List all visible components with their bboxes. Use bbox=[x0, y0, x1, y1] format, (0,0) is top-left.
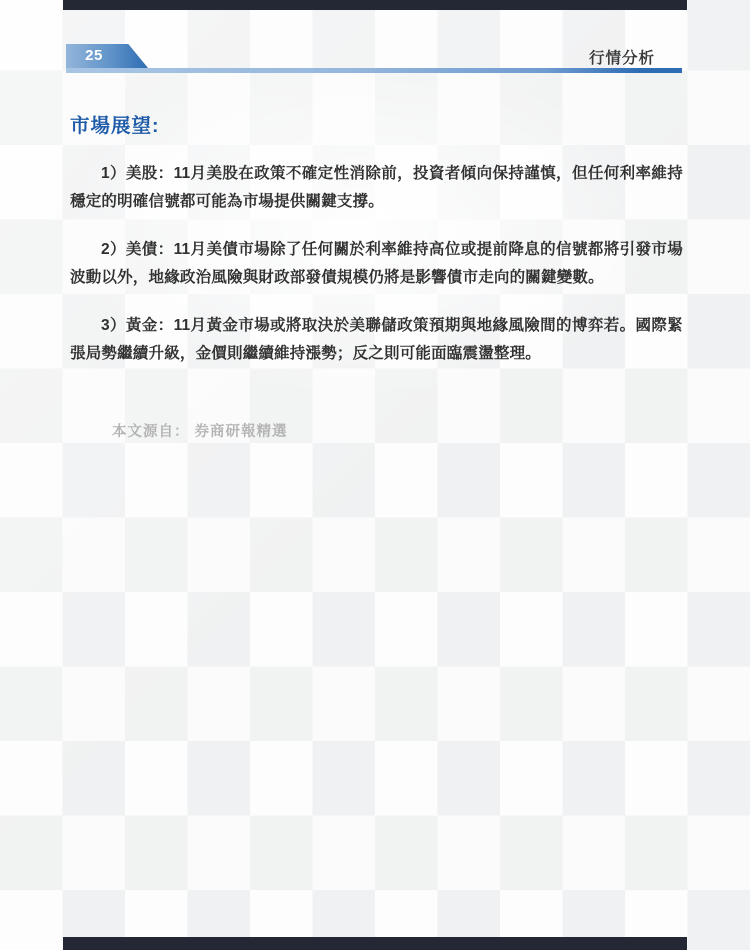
adjacent-page-top-edge bbox=[63, 0, 687, 10]
header-rule-line bbox=[66, 68, 682, 73]
source-attribution: 本文源自： 券商研報精選 bbox=[112, 420, 288, 441]
adjacent-page-bottom-edge bbox=[63, 937, 687, 950]
page-heading: 市場展望: bbox=[70, 110, 160, 138]
paragraph-gold: 3）黃金：11月黃金市場或將取決於美聯儲政策預期與地緣風險間的博弈若。國際緊張局… bbox=[70, 312, 683, 368]
body-text-block: 1）美股：11月美股在政策不確定性消除前，投資者傾向保持謹慎，但任何利率維持穩定… bbox=[70, 160, 683, 388]
section-title: 行情分析 bbox=[589, 46, 655, 68]
page-number: 25 bbox=[85, 47, 103, 64]
page-number-badge: 25 bbox=[66, 44, 148, 68]
paragraph-us-bonds: 2）美債：11月美債市場除了任何關於利率維持高位或提前降息的信號都將引發市場波動… bbox=[70, 236, 683, 292]
paragraph-us-stocks: 1）美股：11月美股在政策不確定性消除前，投資者傾向保持謹慎，但任何利率維持穩定… bbox=[70, 160, 683, 216]
document-page: 25 行情分析 市場展望: 1）美股：11月美股在政策不確定性消除前，投資者傾向… bbox=[0, 0, 750, 950]
